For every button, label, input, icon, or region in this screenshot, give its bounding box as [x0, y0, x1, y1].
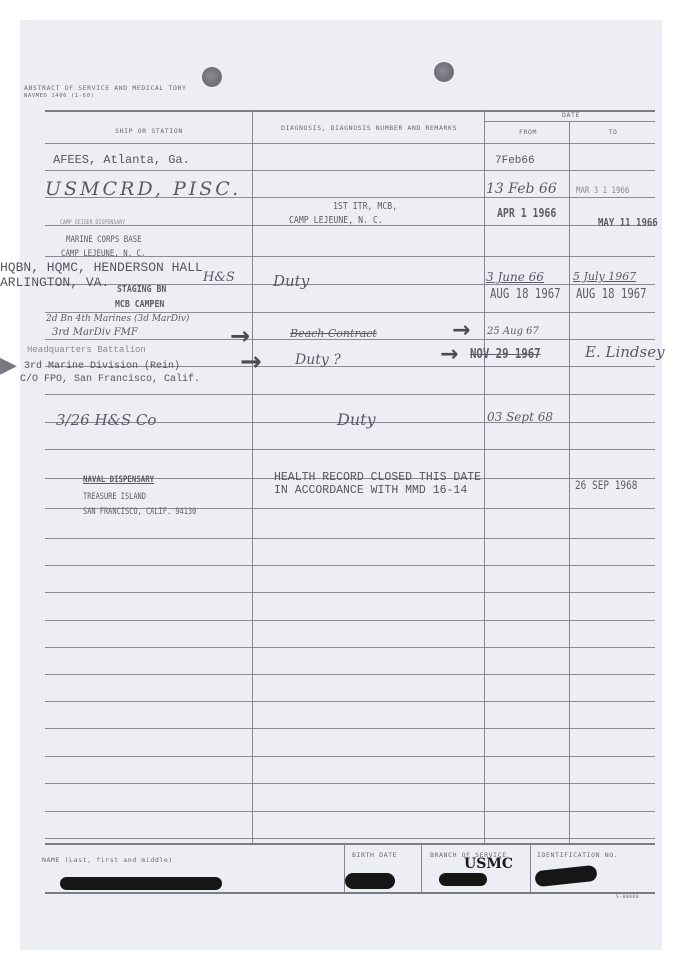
station-stamp-line: MARINE CORPS BASE [66, 235, 142, 245]
redacted-branch [439, 873, 487, 886]
rule-line [45, 449, 655, 450]
header-diagnosis: DIAGNOSIS, DIAGNOSIS NUMBER AND REMARKS [254, 124, 484, 132]
entry-from-date: 3 June 66 [486, 270, 544, 284]
rule-line [45, 312, 655, 313]
entry-to-date: AUG 18 1967 [576, 287, 647, 302]
redacted-name [60, 877, 222, 890]
entry-to-date: 26 SEP 1968 [575, 478, 637, 492]
entry-station-line3: C/O FPO, San Francisco, Calif. [20, 374, 200, 385]
birth-date-label: BIRTH DATE [352, 851, 397, 859]
entry-diagnosis: HEALTH RECORD CLOSED THIS DATE [274, 471, 481, 484]
entry-to-date: 5 July 1967 [573, 270, 636, 283]
station-stamp-line: NAVAL DISPENSARY [83, 475, 154, 485]
rule-line [45, 394, 655, 395]
entry-station-line2: 3rd Marine Division (Rein) [24, 361, 180, 372]
rule-line [485, 121, 655, 122]
header-ship-or-station: SHIP OR STATION [45, 127, 253, 135]
entry-station: 3/26 H&S Co [56, 411, 156, 429]
rule-line [45, 838, 655, 839]
entry-from-date: 25 Aug 67 [487, 326, 539, 337]
rule-line [45, 647, 655, 648]
entry-from-date: 13 Feb 66 [486, 181, 557, 197]
punch-hole [202, 67, 222, 87]
form-number: NAVMED 1406 (1-60) [24, 93, 94, 99]
entry-from-date: AUG 18 1967 [490, 287, 561, 302]
column-divider [530, 843, 531, 892]
name-label: NAME (Last, first and middle) [42, 856, 173, 864]
arrow-icon: → [440, 342, 458, 367]
entry-from-date: NOV 29 1967 [470, 347, 541, 362]
station-stamp-line: CAMP LEJEUNE, N. C. [61, 249, 145, 259]
entry-station: AFEES, Atlanta, Ga. [53, 153, 190, 167]
branch-value: USMC [464, 856, 513, 872]
entry-station: HQBN, HQMC, HENDERSON HALL [0, 260, 203, 275]
signature: E. Lindsey [585, 343, 665, 361]
rule-line [45, 892, 655, 894]
rule-line [45, 701, 655, 702]
diagnosis-stamp-line: 1ST ITR, MCB, [333, 201, 397, 212]
id-label: IDENTIFICATION NO. [537, 851, 618, 859]
entry-station: USMCRD, PISC. [45, 178, 241, 200]
entry-to-date: MAY 11 1966 [598, 216, 658, 229]
rule-line [45, 170, 655, 171]
column-divider [252, 110, 253, 843]
station-stamp-line: TREASURE ISLAND [83, 492, 146, 502]
header-date: DATE [486, 111, 656, 119]
entry-from-date: 03 Sept 68 [487, 410, 553, 424]
entry-diagnosis-line2: IN ACCORDANCE WITH MMD 16-14 [274, 484, 467, 497]
entry-diagnosis: Duty [337, 410, 376, 429]
entry-station: Headquarters Battalion [27, 345, 146, 355]
rule-line [45, 783, 655, 784]
entry-station: 2d Bn 4th Marines (3d MarDiv) [46, 314, 189, 324]
header-to: TO [571, 128, 655, 136]
column-divider [344, 843, 345, 892]
rule-line [45, 143, 655, 144]
diagnosis-stamp-line: CAMP LEJEUNE, N. C. [289, 215, 383, 226]
column-divider [421, 843, 422, 892]
entry-station-line2: 3rd MarDiv FMF [52, 327, 138, 338]
rule-line [45, 565, 655, 566]
column-divider [484, 110, 485, 843]
entry-from-date: APR 1 1966 [497, 206, 556, 220]
entry-station-line2: ARLINGTON, VA. [0, 275, 109, 290]
rule-line [45, 728, 655, 729]
form-code: S-00000 [616, 895, 639, 900]
station-stamp-line: MCB CAMPEN [115, 299, 164, 310]
header-from: FROM [486, 128, 570, 136]
station-stamp-line: CAMP GEIGER DISPENSARY [60, 219, 125, 226]
rule-line [45, 538, 655, 539]
arrow-icon: → [240, 347, 262, 377]
rule-line [45, 592, 655, 593]
entry-diagnosis: Duty ? [295, 352, 341, 368]
rule-line [45, 674, 655, 675]
margin-arrow-icon: ▶ [0, 353, 17, 378]
rule-line [45, 843, 655, 845]
station-stamp-line: STAGING BN [117, 284, 166, 295]
arrow-icon: → [452, 318, 470, 343]
punch-hole [434, 62, 454, 82]
rule-line [45, 811, 655, 812]
entry-diagnosis: Beach Contract [290, 327, 377, 340]
entry-from-date: 7Feb66 [495, 155, 535, 167]
entry-diagnosis: Duty [273, 272, 309, 290]
rule-line [45, 620, 655, 621]
form-title: ABSTRACT OF SERVICE AND MEDICAL TORY [24, 84, 186, 92]
redacted-birth-date [345, 873, 395, 889]
station-stamp-line: SAN FRANCISCO, CALIF. 94130 [83, 507, 196, 517]
entry-to-date: MAR 3 1 1966 [576, 186, 629, 196]
rule-line [45, 756, 655, 757]
arrow-icon: → [230, 322, 250, 350]
column-divider [569, 121, 570, 843]
entry-note: H&S [203, 270, 235, 285]
